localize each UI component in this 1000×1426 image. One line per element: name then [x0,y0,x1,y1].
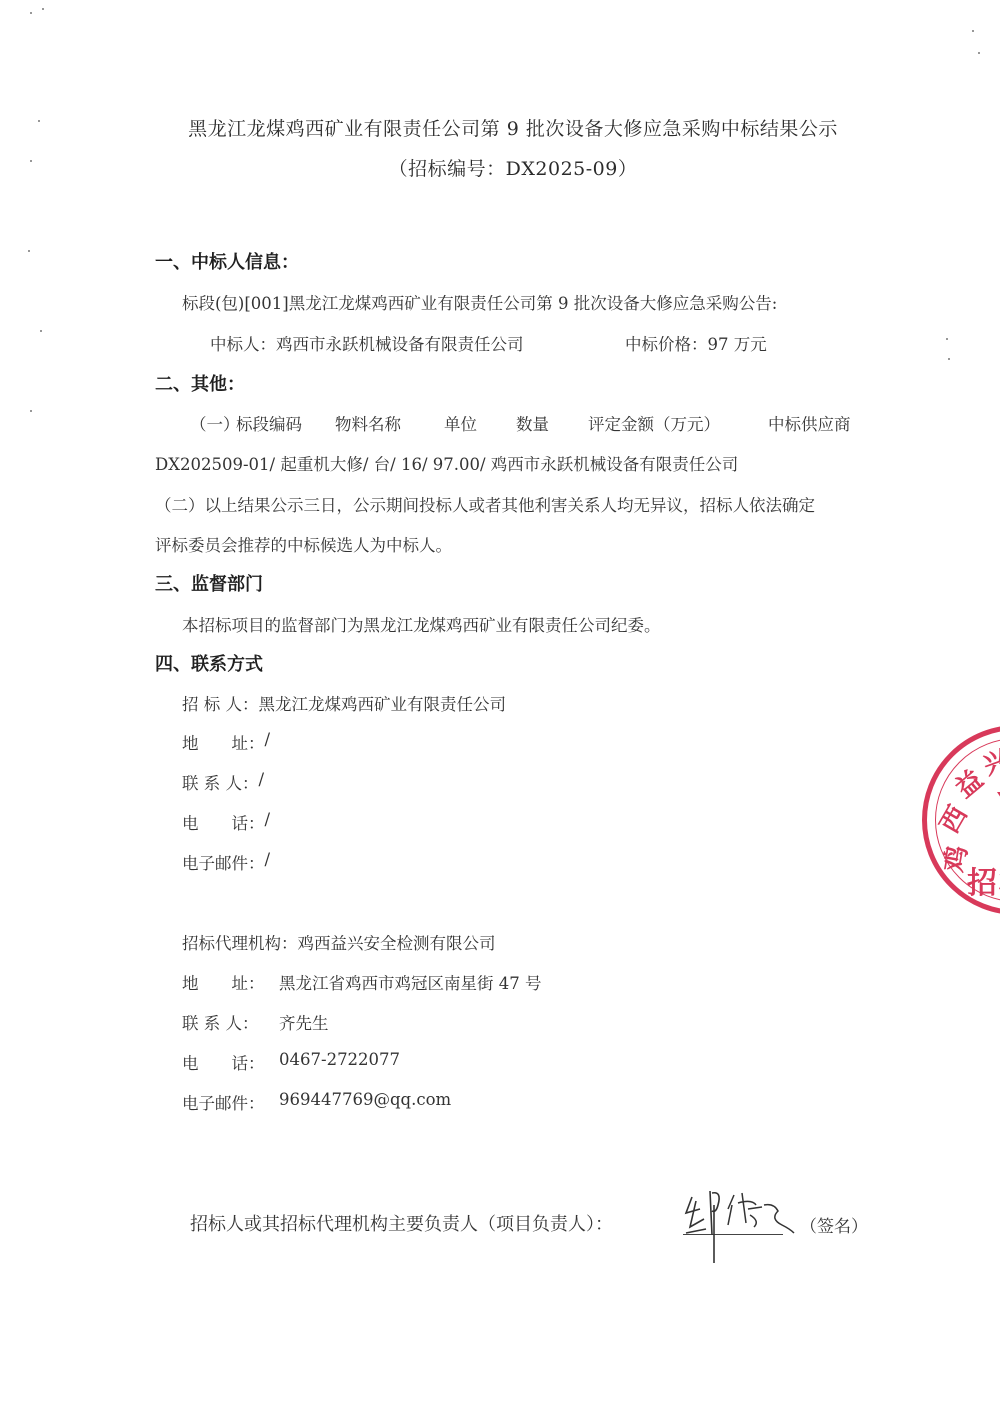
agency-contact-row: 联 系 人：齐先生 [182,1010,329,1034]
section-heading-winner-info: 一、中标人信息： [155,248,299,274]
document-title: 黑龙江龙煤鸡西矿业有限责任公司第 9 批次设备大修应急采购中标结果公示 [0,114,1000,141]
table-prefix: （一） [190,411,240,435]
column-header: 单位 [444,411,477,435]
tenderer-address-row: 地 址：/ [182,730,270,754]
price-label: 中标价格： [625,335,708,354]
stamp-char: 招 [967,858,997,902]
scan-speck [972,30,974,32]
field-label: 电 话： [182,1050,279,1074]
field-value: 黑龙江省鸡西市鸡冠区南星街 47 号 [279,970,542,994]
field-label: 招标代理机构： [182,930,298,954]
field-value: 齐先生 [279,1010,329,1034]
price-row: 中标价格：97 万元 [625,331,767,355]
section-heading-other: 二、其他： [155,370,245,396]
field-value: / [265,850,271,874]
scan-speck [30,410,32,412]
section-heading-contact: 四、联系方式 [155,650,263,676]
scan-speck [28,250,30,252]
field-label: 招 标 人： [182,691,259,715]
column-header: 数量 [516,411,549,435]
scan-speck [40,330,42,332]
table-row: DX202509-01/ 起重机大修/ 台/ 16/ 97.00/ 鸡西市永跃机… [155,451,738,475]
winner-label: 中标人： [210,335,276,354]
field-value: 969447769@qq.com [279,1090,451,1114]
tenderer-phone-row: 电 话：/ [182,810,270,834]
scan-speck [38,120,40,122]
agency-address-row: 地 址：黑龙江省鸡西市鸡冠区南星街 47 号 [182,970,542,994]
document-page: 黑龙江龙煤鸡西矿业有限责任公司第 9 批次设备大修应急采购中标结果公示 （招标编… [0,0,1000,1426]
column-header: 标段编码 [236,411,302,435]
scan-speck [30,160,32,162]
field-label: 联 系 人： [182,770,259,794]
lot-line: 标段(包)[001]黑龙江龙煤鸡西矿业有限责任公司第 9 批次设备大修应急采购公… [182,290,777,314]
field-label: 地 址： [182,730,265,754]
signature-label: 招标人或其招标代理机构主要负责人（项目负责人）： [190,1210,613,1236]
column-header: 评定金额（万元） [588,411,720,435]
field-value: / [265,810,271,834]
field-value: 鸡西益兴安全检测有限公司 [298,930,496,954]
column-header: 物料名称 [335,411,401,435]
column-header: 中标供应商 [768,411,851,435]
scan-speck [948,358,950,360]
field-label: 地 址： [182,970,279,994]
section-heading-supervision: 三、监督部门 [155,570,263,596]
supervision-text: 本招标项目的监督部门为黑龙江龙煤鸡西矿业有限责任公司纪委。 [182,612,661,636]
field-value: / [259,770,265,794]
agency-name-row: 招标代理机构：鸡西益兴安全检测有限公司 [182,930,496,954]
note-line-2: 评标委员会推荐的中标候选人为中标人。 [155,532,452,556]
signature-suffix: （签名） [800,1212,868,1237]
field-label: 电 话： [182,810,265,834]
agency-email-row: 电子邮件：969447769@qq.com [182,1090,451,1114]
company-seal-stamp: 鸡 西 益 兴 安 招 标 [922,725,1000,915]
field-label: 电子邮件： [182,850,265,874]
agency-phone-row: 电 话：0467-2722077 [182,1050,400,1074]
note-line-1: （二）以上结果公示三日，公示期间投标人或者其他利害关系人均无异议，招标人依法确定 [155,492,815,516]
handwritten-signature-icon [682,1175,802,1265]
scan-speck [978,52,980,54]
scan-speck [30,12,32,14]
field-value: / [265,730,271,754]
field-value: 0467-2722077 [279,1050,400,1074]
winner-value: 鸡西市永跃机械设备有限责任公司 [276,335,524,354]
scan-speck [946,338,948,340]
tenderer-contact-row: 联 系 人：/ [182,770,264,794]
field-label: 电子邮件： [182,1090,279,1114]
winner-row: 中标人：鸡西市永跃机械设备有限责任公司 [210,331,524,355]
field-label: 联 系 人： [182,1010,279,1034]
tenderer-email-row: 电子邮件：/ [182,850,270,874]
tenderer-name-row: 招 标 人：黑龙江龙煤鸡西矿业有限责任公司 [182,691,506,715]
document-subtitle: （招标编号：DX2025-09） [0,154,1000,181]
price-value: 97 万元 [708,335,767,354]
field-value: 黑龙江龙煤鸡西矿业有限责任公司 [259,691,507,715]
scan-speck [42,8,44,10]
